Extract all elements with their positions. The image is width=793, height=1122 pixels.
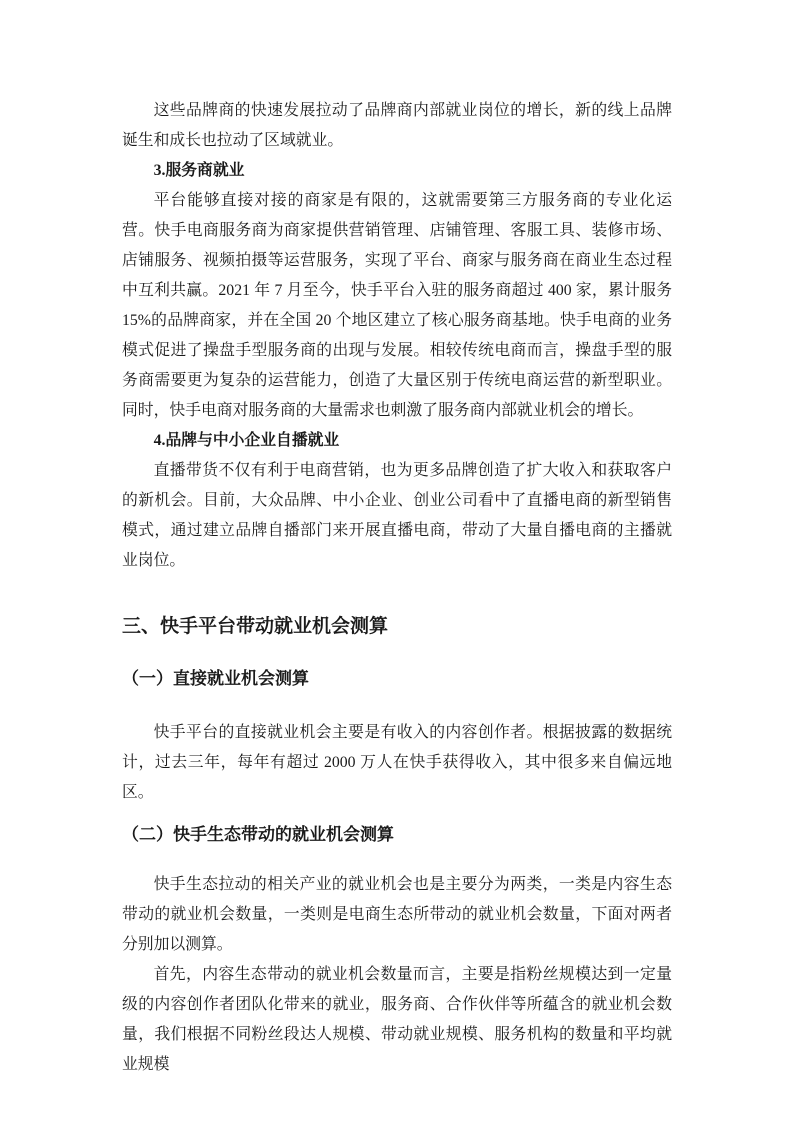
body-paragraph: 平台能够直接对接的商家是有限的，这就需要第三方服务商的专业化运营。快手电商服务商… — [122, 186, 672, 426]
body-paragraph: 这些品牌商的快速发展拉动了品牌商内部就业岗位的增长，新的线上品牌诞生和成长也拉动… — [122, 96, 672, 156]
document-page: 这些品牌商的快速发展拉动了品牌商内部就业岗位的增长，新的线上品牌诞生和成长也拉动… — [0, 0, 793, 1122]
section-subheading: （一）直接就业机会测算 — [122, 664, 672, 694]
body-paragraph: 快手平台的直接就业机会主要是有收入的内容创作者。根据披露的数据统计，过去三年，每… — [122, 718, 672, 808]
body-paragraph: 直播带货不仅有利于电商营销，也为更多品牌创造了扩大收入和获取客户的新机会。目前，… — [122, 456, 672, 576]
chapter-heading: 三、快手平台带动就业机会测算 — [122, 612, 672, 642]
numbered-subsection-heading: 4.品牌与中小企业自播就业 — [122, 426, 672, 456]
section-subheading: （二）快手生态带动的就业机会测算 — [122, 820, 672, 850]
body-paragraph: 快手生态拉动的相关产业的就业机会也是主要分为两类，一类是内容生态带动的就业机会数… — [122, 870, 672, 960]
numbered-subsection-heading: 3.服务商就业 — [122, 156, 672, 186]
body-paragraph: 首先，内容生态带动的就业机会数量而言，主要是指粉丝规模达到一定量级的内容创作者团… — [122, 960, 672, 1080]
